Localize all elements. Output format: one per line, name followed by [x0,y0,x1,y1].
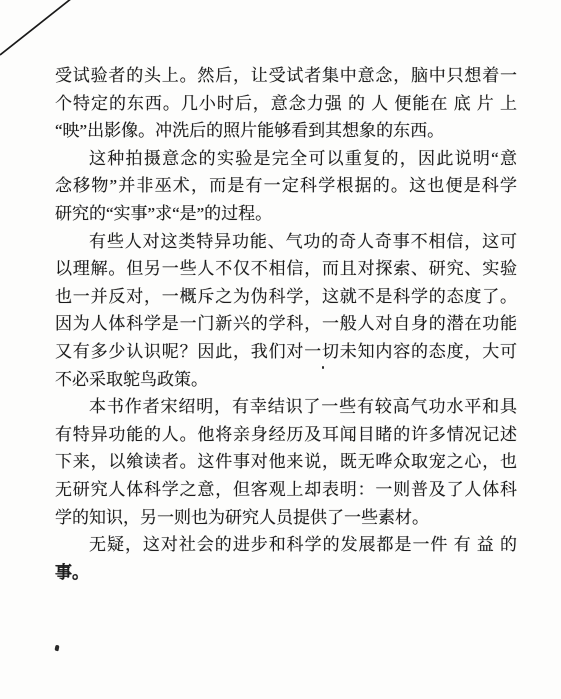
text-line: 有特异功能的人。他将亲身经历及耳闻目睹的许多情况记述 [55,421,517,449]
ink-speck-bottom [54,645,59,652]
text-line: 无疑，这对社会的进步和科学的发展都是一件 有 益 的 [55,531,517,559]
text-line: 也一并反对，一概斥之为伪科学，这就不是科学的态度了。 [55,283,517,311]
text-line: 因为人体科学是一门新兴的学科，一般人对自身的潜在功能 [55,310,517,338]
scan-artifact-diagonal-line [0,0,80,62]
text-line: “映”出影像。冲洗后的照片能够看到其想象的东西。 [55,117,517,145]
text-line: 下来，以飨读者。这件事对他来说，既无哗众取宠之心，也 [55,448,517,476]
text-line: 受试验者的头上。然后，让受试者集中意念，脑中只想着一 [55,62,517,90]
text-line: 研究的“实事”求“是”的过程。 [55,200,517,228]
text-line: 无研究人体科学之意，但客观上却表明：一则普及了人体科 [55,476,517,504]
text-line: 个特定的东西。几小时后，意念力强 的 人 便能在 底 片 上 [55,90,517,118]
text-line: 有些人对这类特异功能、气功的奇人奇事不相信，这可 [55,228,517,256]
text-line: 又有多少认识呢？因此，我们对一切未知内容的态度，大可 [55,338,517,366]
text-line: 事。 [55,559,517,587]
text-line: 念移物”并非巫术，而是有一定科学根据的。这也便是科学 [55,172,517,200]
text-line: 本书作者宋绍明，有幸结识了一些有较高气功水平和具 [55,393,517,421]
text-line: 这种拍摄意念的实验是完全可以重复的，因此说明“意 [55,145,517,173]
body-text: 受试验者的头上。然后，让受试者集中意念，脑中只想着一个特定的东西。几小时后，意念… [55,62,517,586]
ink-speck-middle [322,366,324,369]
text-line: 不必采取鸵鸟政策。 [55,366,517,394]
scanned-book-page: 受试验者的头上。然后，让受试者集中意念，脑中只想着一个特定的东西。几小时后，意念… [0,0,561,699]
text-line: 以理解。但另一些人不仅不相信，而且对探索、研究、实验 [55,255,517,283]
text-line: 学的知识，另一则也为研究人员提供了一些素材。 [55,504,517,532]
